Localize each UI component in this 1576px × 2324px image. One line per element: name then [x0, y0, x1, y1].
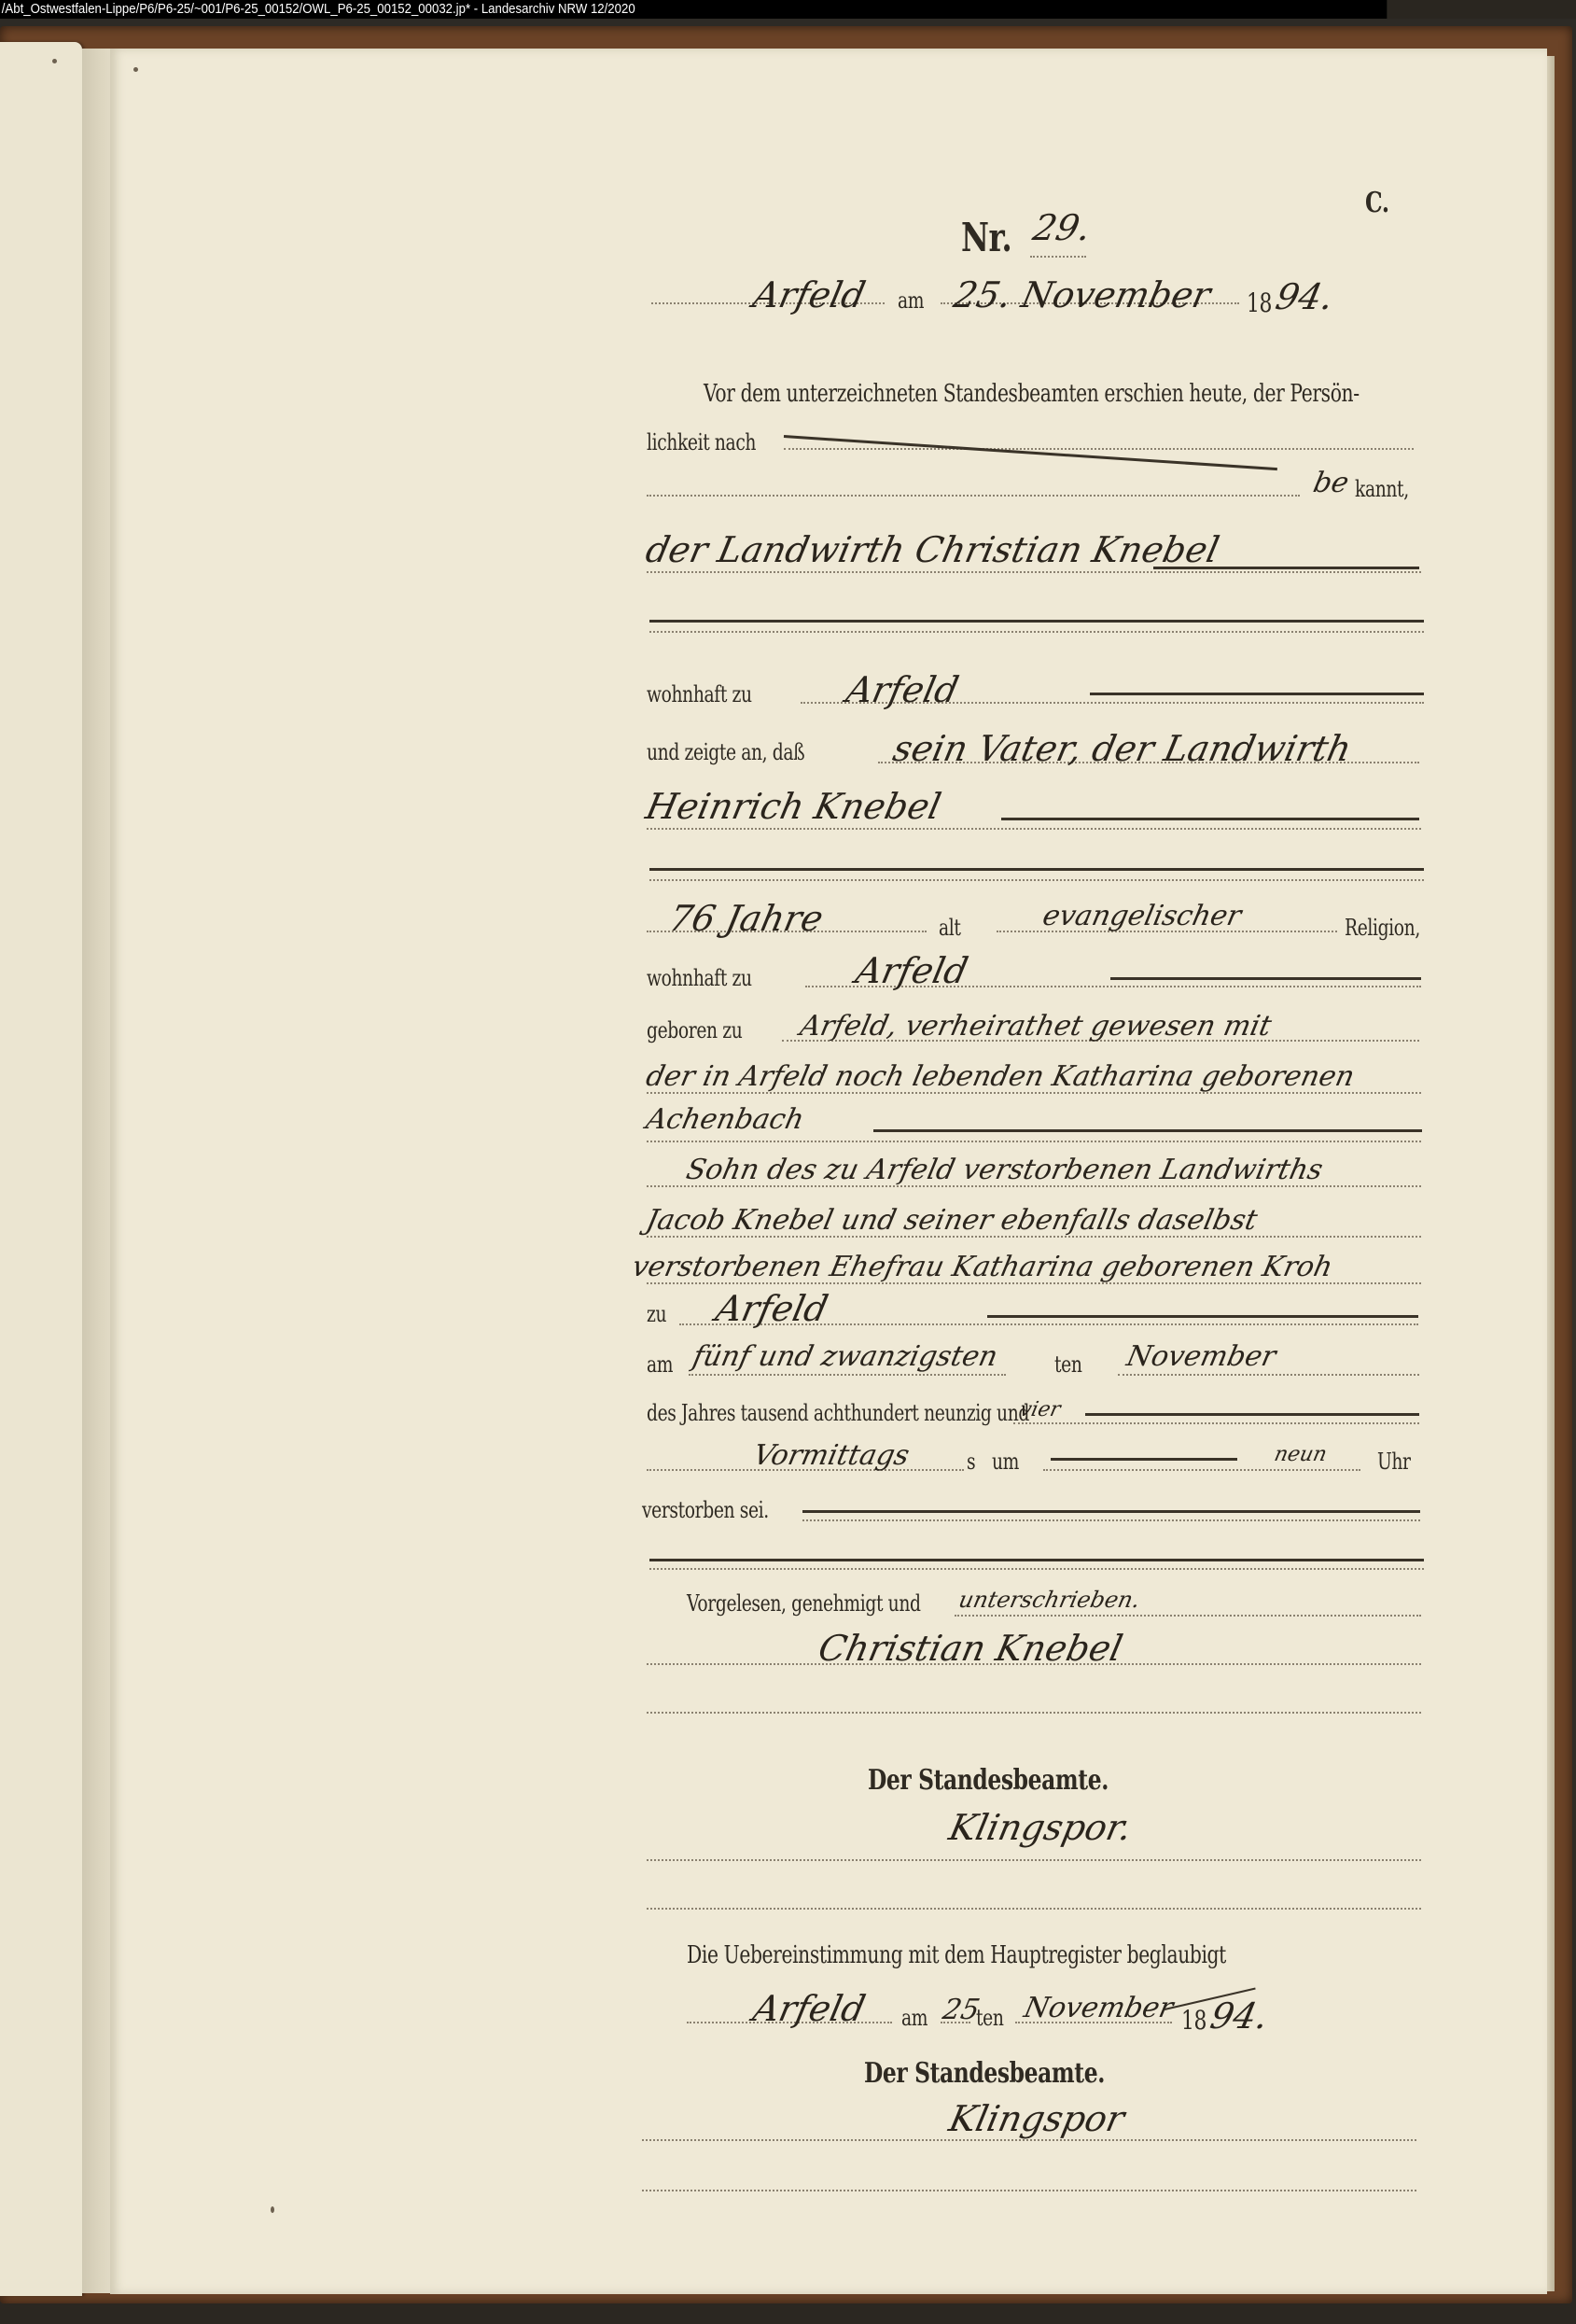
religion-label: Religion,	[1345, 915, 1420, 941]
deceased-label: verstorben sei.	[642, 1497, 769, 1523]
dotted-line	[1043, 1469, 1360, 1471]
official-title: Der Standesbeamte.	[868, 1764, 1109, 1797]
entry-number: 29.	[1029, 207, 1095, 248]
form-letter: C.	[1365, 187, 1389, 219]
born-value-line-2: der in Arfeld noch lebenden Katharina ge…	[643, 1060, 1357, 1093]
certification-text: Die Uebereinstimmung mit dem Hauptregist…	[687, 1941, 1226, 1969]
fill-rule	[1153, 567, 1419, 569]
born-value-line-1: Arfeld, verheirathet gewesen mit	[797, 1010, 1274, 1043]
fill-rule	[1051, 1458, 1237, 1461]
official-signature: Klingspor.	[945, 1807, 1136, 1848]
age-label: alt	[939, 915, 961, 941]
fill-rule	[802, 1510, 1420, 1513]
announce-label: und zeigte an, daß	[647, 739, 804, 765]
dotted-line	[647, 1859, 1421, 1861]
dotted-line	[647, 1282, 1421, 1284]
dotted-line	[647, 828, 1421, 830]
announce-value-line-1: sein Vater, der Landwirth	[889, 728, 1355, 769]
parents-line-1: Sohn des zu Arfeld verstorbenen Landwirt…	[683, 1154, 1326, 1186]
deceased-residence-label: wohnhaft zu	[647, 965, 752, 991]
death-time-value: Vormittags	[750, 1439, 912, 1472]
religion-value: evangelischer	[1039, 900, 1244, 932]
dotted-line	[647, 1141, 1421, 1142]
intro-line-3-print: kannt,	[1355, 476, 1409, 502]
dotted-line	[649, 631, 1424, 633]
death-year-value: vier	[1017, 1398, 1062, 1421]
fill-rule	[649, 868, 1424, 871]
page-edge	[1547, 56, 1555, 2291]
paper-speck	[271, 2206, 274, 2213]
death-place-label: zu	[647, 1301, 666, 1327]
born-label: geboren zu	[647, 1017, 742, 1043]
cert-place: Arfeld	[749, 1988, 869, 2029]
header-am-label: am	[898, 287, 924, 314]
cert-year-suffix: 94.	[1206, 1995, 1272, 2037]
book-gutter	[82, 49, 112, 2293]
fill-rule	[1090, 693, 1424, 695]
cert-ten-label: ten	[976, 2005, 1003, 2031]
death-day-value: fünf und zwanzigsten	[690, 1340, 1000, 1373]
dotted-line	[1030, 256, 1086, 258]
death-hour-label: Uhr	[1377, 1449, 1411, 1475]
read-approved-value: unterschrieben.	[956, 1587, 1142, 1613]
death-time-um: um	[992, 1449, 1019, 1475]
dotted-line	[955, 1615, 1421, 1617]
paper-speck	[52, 59, 57, 63]
dotted-line	[647, 1712, 1421, 1714]
death-place-value: Arfeld	[712, 1288, 831, 1329]
header-year-prefix: 18	[1247, 287, 1272, 318]
residence-value: Arfeld	[843, 669, 962, 710]
death-time-s: s	[967, 1449, 975, 1475]
header-date: 25. November	[950, 274, 1214, 315]
number-label: Nr.	[961, 215, 1011, 260]
residence-label: wohnhaft zu	[647, 681, 752, 707]
fill-rule	[1085, 1413, 1419, 1416]
header-place: Arfeld	[749, 274, 869, 315]
cert-year-prefix: 18	[1181, 2005, 1206, 2036]
age-value: 76 Jahre	[665, 898, 827, 939]
dotted-line	[649, 879, 1424, 881]
intro-line-3-hand: be	[1310, 467, 1351, 499]
dotted-line	[649, 1568, 1424, 1570]
read-approved-label: Vorgelesen, genehmigt und	[687, 1590, 921, 1617]
dotted-line	[647, 571, 1421, 573]
dotted-line	[1013, 1422, 1419, 1424]
announce-value-line-2: Heinrich Knebel	[642, 786, 944, 827]
register-page: C. Nr. 29. Arfeld am 25. November 18 94.…	[110, 49, 1547, 2294]
intro-line-1: Vor dem unterzeichneten Standesbeamten e…	[704, 380, 1360, 408]
left-page-edge	[0, 42, 82, 2296]
deceased-residence-value: Arfeld	[852, 950, 971, 991]
dotted-line	[647, 1092, 1421, 1094]
fill-rule	[649, 620, 1424, 623]
paper-speck	[133, 67, 138, 72]
death-hour-value: neun	[1272, 1443, 1329, 1466]
parents-line-2: Jacob Knebel und seiner ebenfalls daselb…	[643, 1204, 1260, 1237]
intro-line-2-label: lichkeit nach	[647, 429, 756, 455]
dotted-line	[647, 1236, 1421, 1238]
dotted-line	[647, 495, 1300, 497]
death-month-label: ten	[1054, 1351, 1081, 1378]
born-value-line-3: Achenbach	[643, 1103, 807, 1136]
fill-rule	[987, 1315, 1418, 1318]
dotted-line	[642, 2190, 1416, 2191]
dotted-line	[647, 1908, 1421, 1910]
death-month-value: November	[1123, 1340, 1278, 1373]
cert-month: November	[1021, 1992, 1176, 2024]
declarant-name: der Landwirth Christian Knebel	[642, 529, 1222, 570]
header-year-suffix: 94.	[1272, 276, 1337, 317]
fill-rule	[873, 1129, 1422, 1132]
dotted-line	[802, 1519, 1420, 1521]
fill-rule	[1110, 977, 1421, 980]
window-title-bar: /Abt_Ostwestfalen-Lippe/P6/P6-25/~001/P6…	[0, 0, 1387, 19]
dotted-line	[1118, 1374, 1419, 1376]
cert-official-title: Der Standesbeamte.	[864, 2057, 1105, 2090]
dotted-line	[784, 448, 1414, 450]
cert-am-label: am	[901, 2005, 927, 2031]
death-day-label: am	[647, 1351, 673, 1378]
dotted-line	[689, 1374, 1006, 1376]
dotted-line	[642, 2139, 1416, 2141]
fill-rule	[1001, 818, 1419, 820]
strike-through-line	[784, 435, 1277, 470]
death-year-label: des Jahres tausend achthundert neunzig u…	[647, 1400, 1029, 1426]
parents-line-3: verstorbenen Ehefrau Katharina geborenen…	[629, 1251, 1335, 1283]
cert-official-signature: Klingspor	[945, 2098, 1128, 2139]
dotted-line	[647, 1663, 1421, 1665]
fill-rule	[649, 1559, 1424, 1561]
